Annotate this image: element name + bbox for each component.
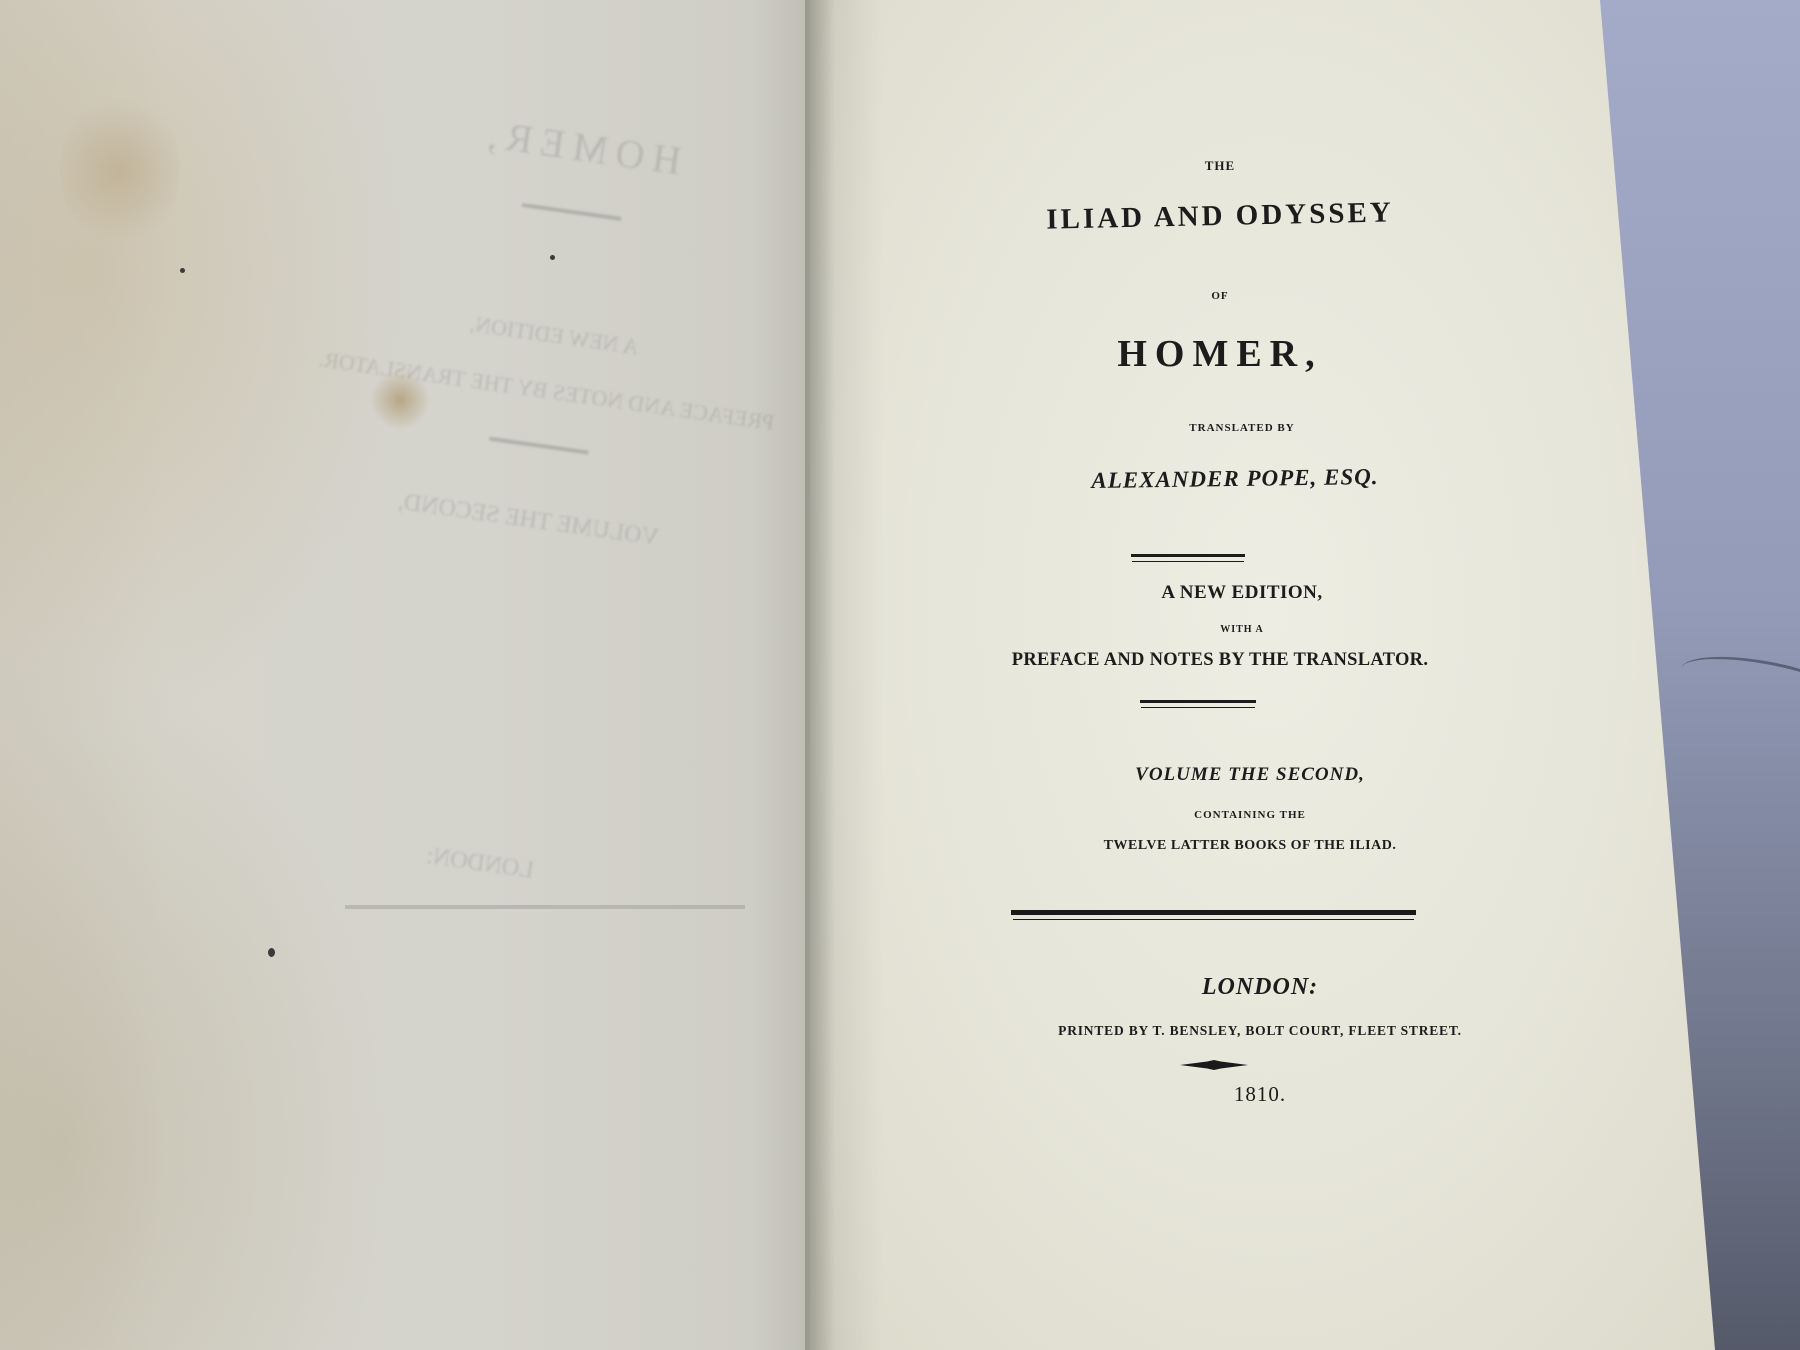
book-gutter: [805, 0, 835, 1350]
title-of: OF: [940, 290, 1500, 302]
bleed-place: LONDON:: [250, 819, 709, 910]
author-name: HOMER,: [940, 332, 1500, 376]
double-rule-1: [1131, 554, 1245, 557]
bleed-volume: VOLUME THE SECOND,: [299, 475, 758, 566]
bleed-rule-long: [345, 905, 745, 909]
with-a-label: WITH A: [962, 624, 1522, 635]
publication-year: 1810.: [980, 1082, 1540, 1107]
background-cable: [1677, 644, 1800, 719]
title-the: THE: [940, 158, 1500, 174]
book-photo-scene: HOMER, A NEW EDITION, PREFACE AND NOTES …: [0, 0, 1800, 1350]
double-rule-2: [1140, 700, 1256, 703]
bleed-rule: [522, 203, 622, 221]
foxing-stain: [60, 90, 180, 250]
bleed-author: HOMER,: [350, 92, 812, 203]
bleed-rule: [489, 437, 589, 455]
bleed-through-text: HOMER, A NEW EDITION, PREFACE AND NOTES …: [209, 32, 820, 1205]
translated-by-label: TRANSLATED BY: [962, 422, 1522, 434]
edition-line: A NEW EDITION,: [962, 582, 1522, 604]
contents-line: TWELVE LATTER BOOKS OF THE ILIAD.: [970, 838, 1530, 854]
volume-line: VOLUME THE SECOND,: [970, 764, 1530, 786]
printer-line: PRINTED BY T. BENSLEY, BOLT COURT, FLEET…: [980, 1023, 1540, 1039]
preface-line: PREFACE AND NOTES BY THE TRANSLATOR.: [940, 650, 1500, 671]
left-page: HOMER, A NEW EDITION, PREFACE AND NOTES …: [0, 0, 815, 1350]
containing-label: CONTAINING THE: [970, 809, 1530, 821]
place-of-publication: LONDON:: [980, 974, 1540, 1001]
speck: [180, 268, 185, 273]
thick-double-rule: [1011, 910, 1416, 915]
